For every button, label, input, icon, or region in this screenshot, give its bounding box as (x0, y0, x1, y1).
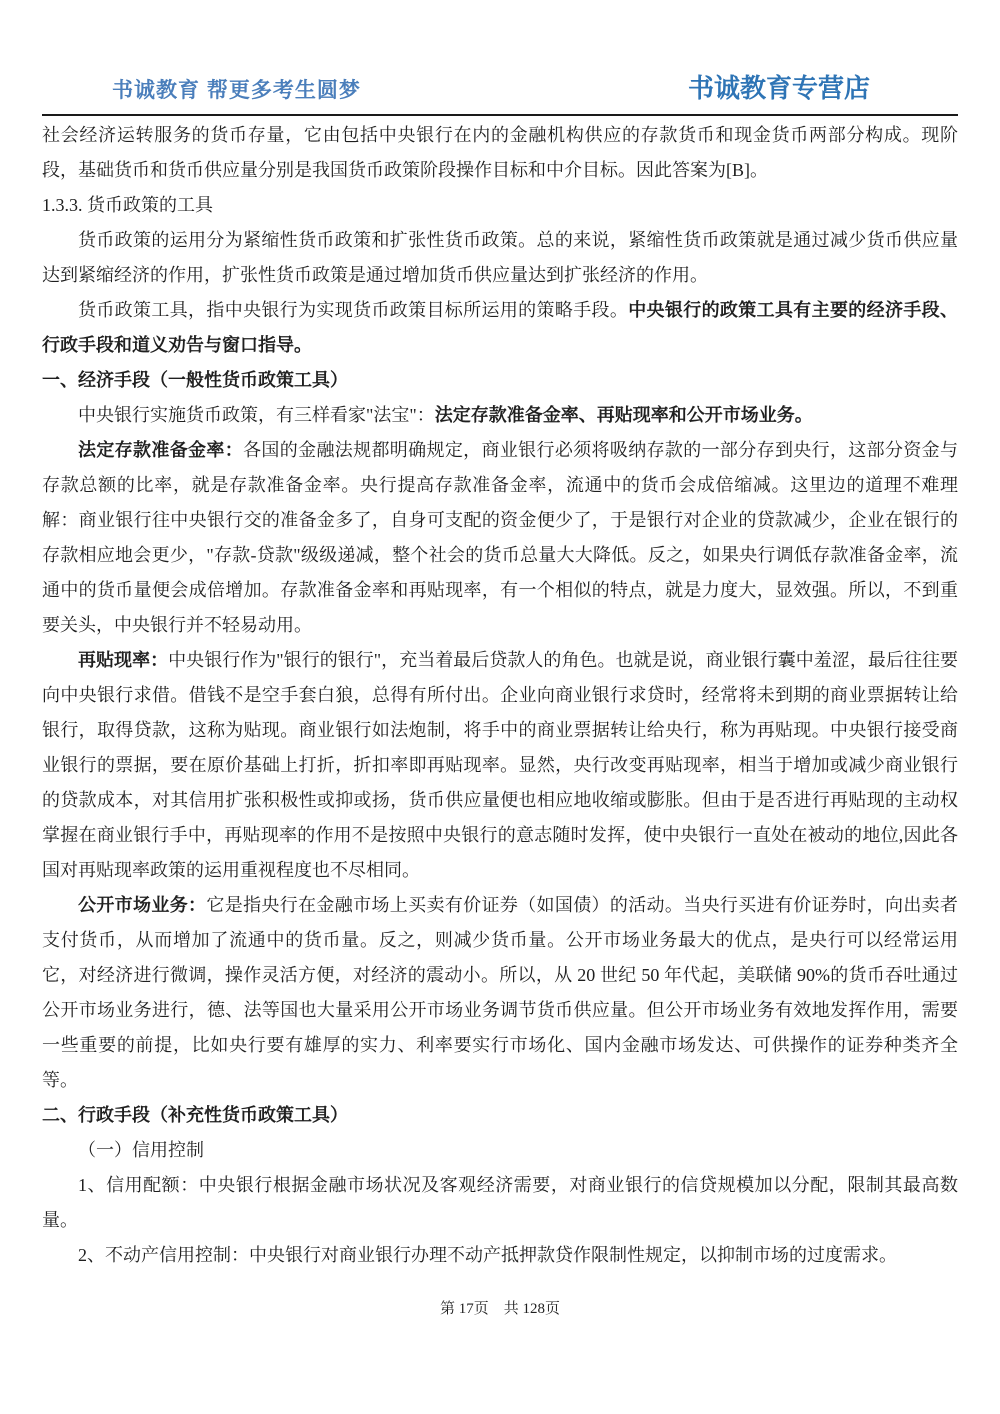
rediscount-rate-label: 再贴现率： (78, 650, 168, 670)
paragraph-rediscount-rate: 再贴现率：中央银行作为"银行的银行"，充当着最后贷款人的角色。也就是说，商业银行… (42, 643, 958, 888)
section-title: 1.3.3. 货币政策的工具 (42, 188, 958, 223)
reserve-ratio-label: 法定存款准备金率： (78, 440, 243, 460)
paragraph-policy-tools: 货币政策工具，指中央银行为实现货币政策目标所运用的策略手段。中央银行的政策工具有… (42, 293, 958, 363)
list-item-credit-quota: 1、信用配额：中央银行根据金融市场状况及客观经济需要，对商业银行的信贷规模加以分… (42, 1168, 958, 1238)
paragraph-open-market: 公开市场业务：它是指央行在金融市场上买卖有价证券（如国债）的活动。当央行买进有价… (42, 888, 958, 1098)
subheading-credit-control: （一）信用控制 (42, 1133, 958, 1168)
page-number-indicator: 第 17页 共 128页 (440, 1301, 560, 1317)
subheading-credit-control-text: （一）信用控制 (78, 1140, 204, 1160)
credit-quota-text: 1、信用配额：中央银行根据金融市场状况及客观经济需要，对商业银行的信贷规模加以分… (42, 1175, 958, 1230)
real-estate-credit-text: 2、不动产信用控制：中央银行对商业银行办理不动产抵押款贷作限制性规定，以抑制市场… (78, 1245, 897, 1265)
heading-economic-means-text: 一、经济手段（一般性货币政策工具） (42, 370, 348, 390)
three-treasures-text: 中央银行实施货币政策，有三样看家"法宝"： (78, 405, 435, 425)
heading-administrative-means-text: 二、行政手段（补充性货币政策工具） (42, 1105, 348, 1125)
paragraph-carryover: 社会经济运转服务的货币存量，它由包括中央银行在内的金融机构供应的存款货币和现金货… (42, 118, 958, 188)
open-market-label: 公开市场业务： (78, 895, 206, 915)
list-item-real-estate-credit: 2、不动产信用控制：中央银行对商业银行办理不动产抵押款贷作限制性规定，以抑制市场… (42, 1238, 958, 1273)
carryover-text: 社会经济运转服务的货币存量，它由包括中央银行在内的金融机构供应的存款货币和现金货… (42, 125, 958, 180)
page-footer: 第 17页 共 128页 (0, 1296, 1000, 1322)
open-market-text: 它是指央行在金融市场上买卖有价证券（如国债）的活动。当央行买进有价证券时，向出卖… (42, 895, 958, 1090)
policy-intro-text: 货币政策的运用分为紧缩性货币政策和扩张性货币政策。总的来说，紧缩性货币政策就是通… (42, 230, 958, 285)
policy-tools-text: 货币政策工具，指中央银行为实现货币政策目标所运用的策略手段。 (78, 300, 628, 320)
heading-administrative-means: 二、行政手段（补充性货币政策工具） (42, 1098, 958, 1133)
rediscount-rate-text: 中央银行作为"银行的银行"，充当着最后贷款人的角色。也就是说，商业银行囊中羞涩，… (42, 650, 958, 880)
page-header: 书诚教育 帮更多考生圆梦 书诚教育专营店 (0, 68, 1000, 105)
three-treasures-bold-text: 法定存款准备金率、再贴现率和公开市场业务。 (435, 405, 813, 425)
paragraph-reserve-ratio: 法定存款准备金率：各国的金融法规都明确规定，商业银行必须将吸纳存款的一部分存到央… (42, 433, 958, 643)
header-store-name: 书诚教育专营店 (688, 68, 870, 105)
section-title-text: 1.3.3. 货币政策的工具 (42, 195, 213, 215)
paragraph-three-treasures: 中央银行实施货币政策，有三样看家"法宝"：法定存款准备金率、再贴现率和公开市场业… (42, 398, 958, 433)
header-brand-slogan: 书诚教育 帮更多考生圆梦 (112, 74, 361, 104)
heading-economic-means: 一、经济手段（一般性货币政策工具） (42, 363, 958, 398)
paragraph-policy-intro: 货币政策的运用分为紧缩性货币政策和扩张性货币政策。总的来说，紧缩性货币政策就是通… (42, 223, 958, 293)
document-body: 社会经济运转服务的货币存量，它由包括中央银行在内的金融机构供应的存款货币和现金货… (42, 118, 958, 1273)
document-page: 书诚教育 帮更多考生圆梦 书诚教育专营店 社会经济运转服务的货币存量，它由包括中… (0, 0, 1000, 1414)
reserve-ratio-text: 各国的金融法规都明确规定，商业银行必须将吸纳存款的一部分存到央行，这部分资金与存… (42, 440, 958, 635)
header-divider (42, 114, 958, 116)
